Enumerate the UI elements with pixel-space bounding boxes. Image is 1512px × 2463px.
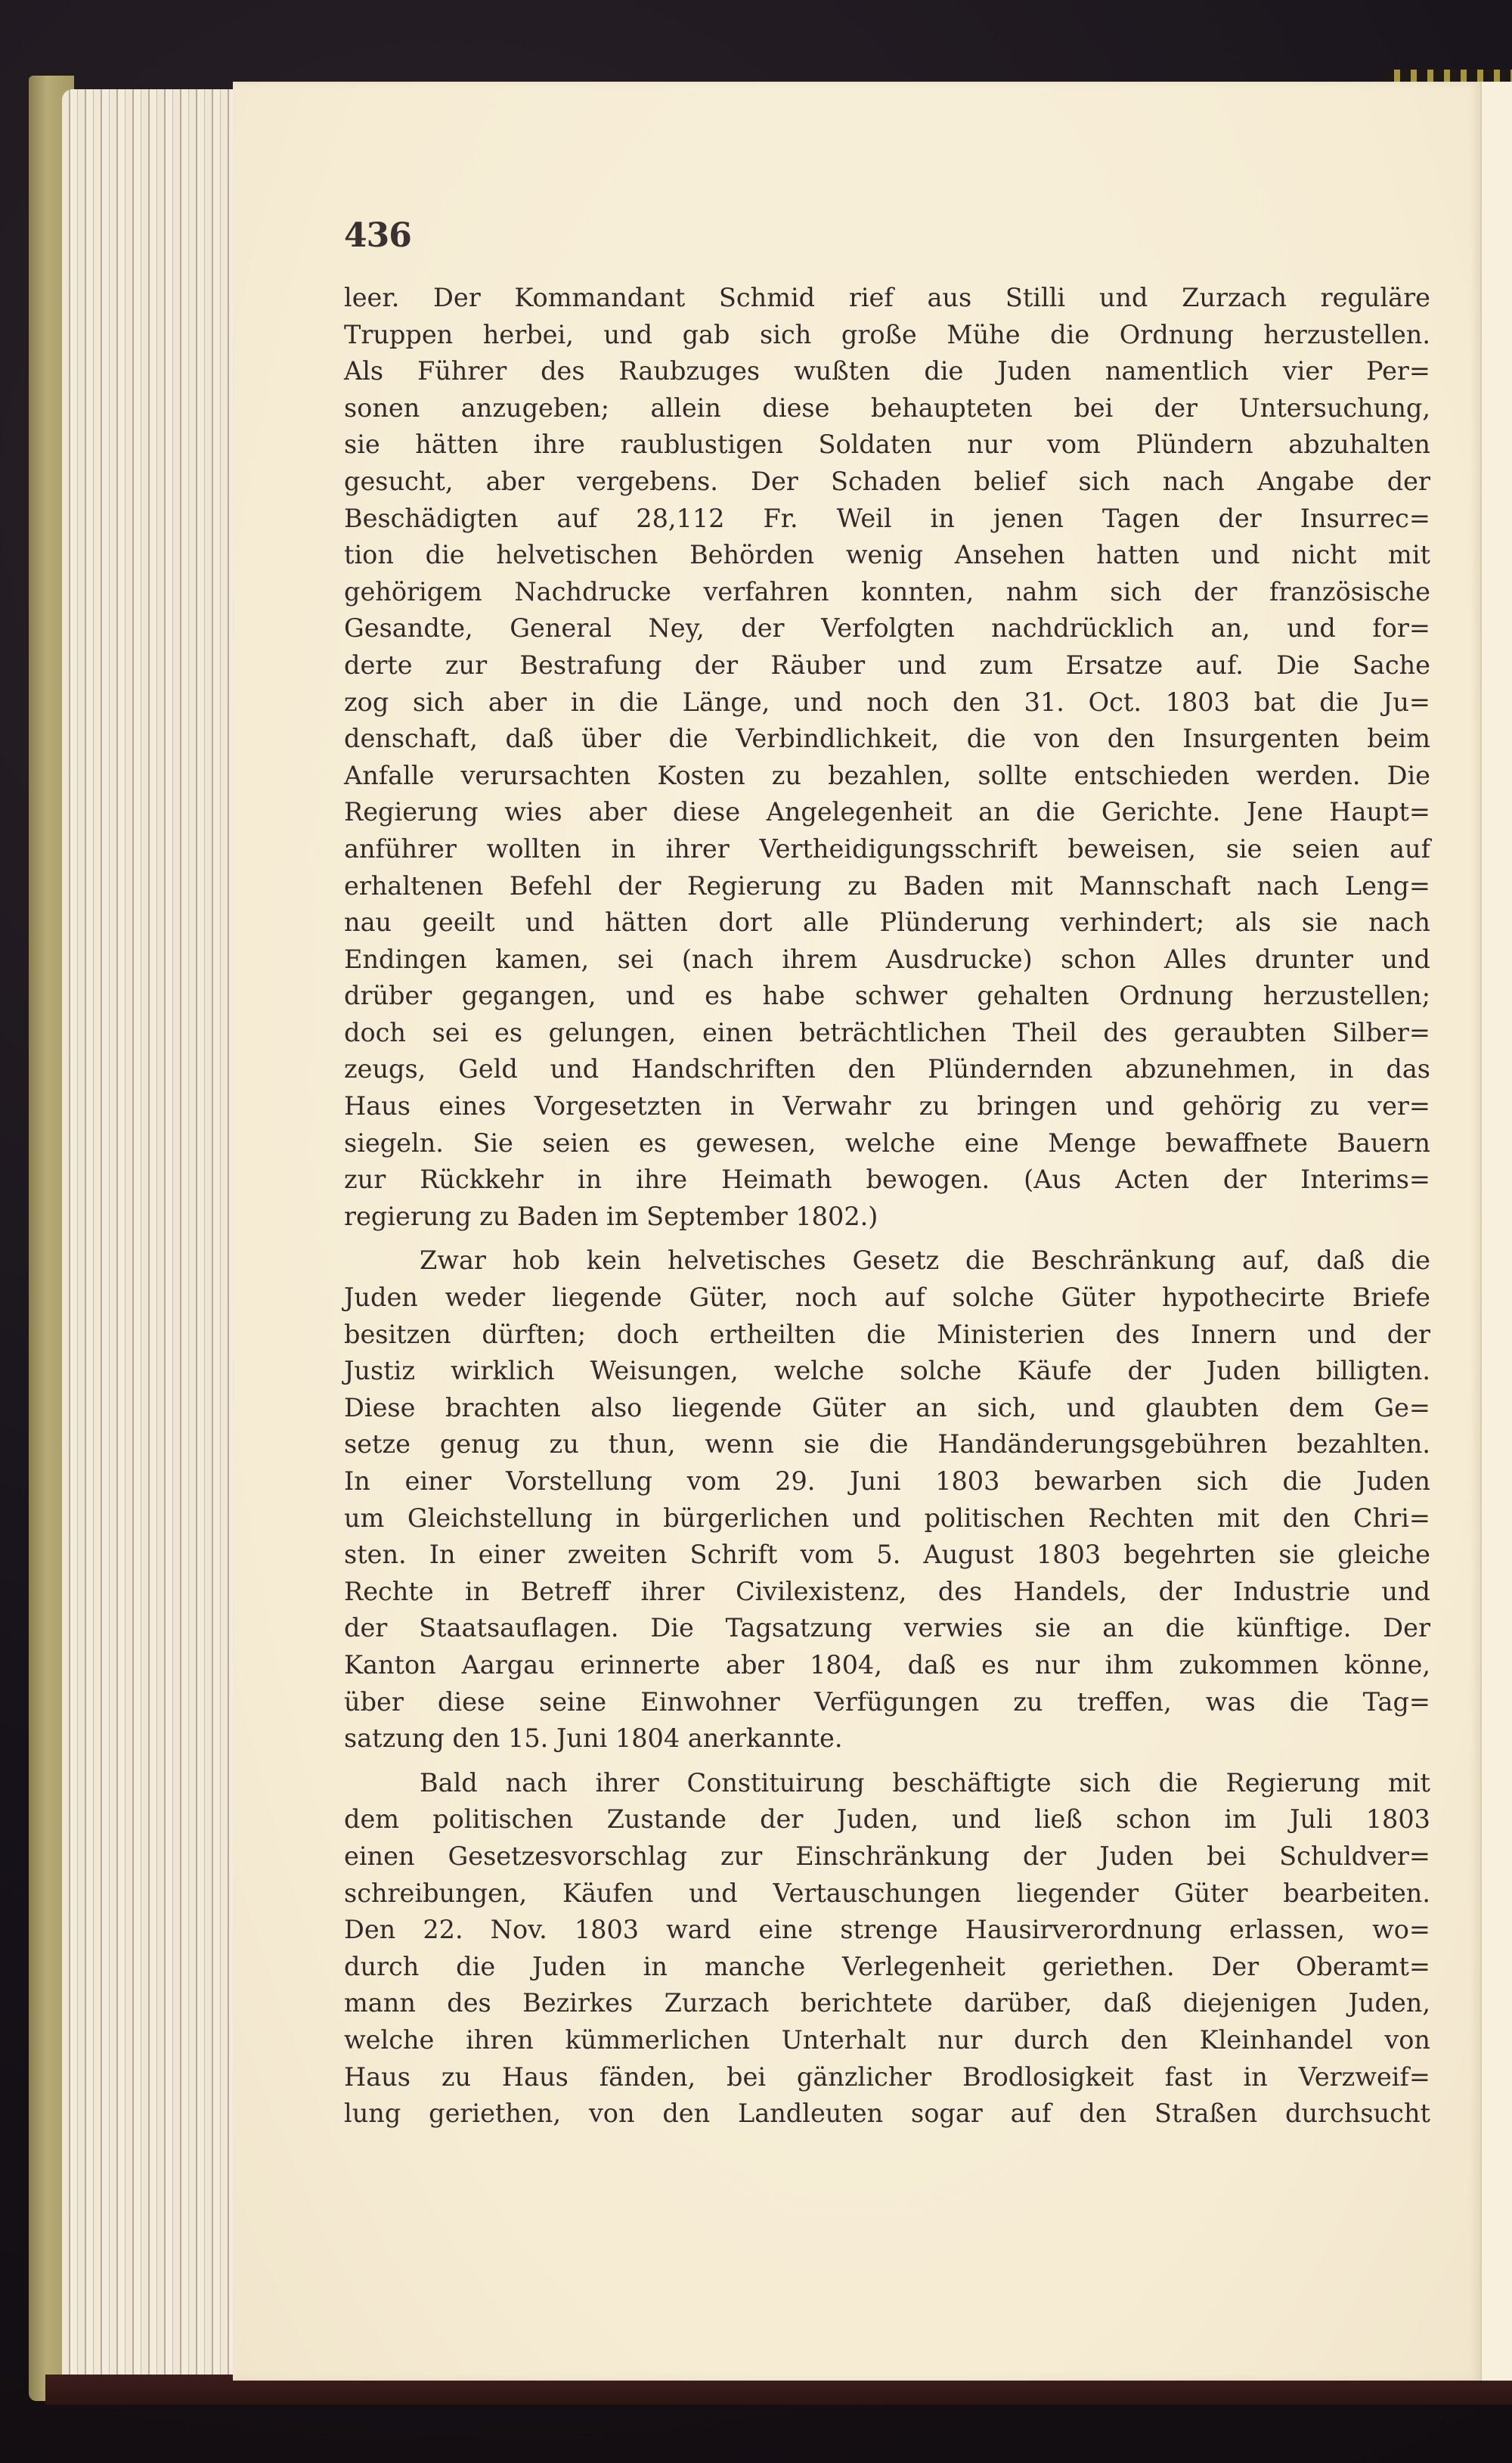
text-line: derte zur Bestrafung der Räuber und zum … — [344, 647, 1430, 684]
text-line: schreibungen, Käufen und Vertauschungen … — [344, 1875, 1430, 1912]
page-stack-edges — [62, 89, 236, 2381]
text-line: Juden weder liegende Güter, noch auf sol… — [344, 1280, 1430, 1317]
text-line: erhaltenen Befehl der Regierung zu Baden… — [344, 868, 1430, 905]
text-line: drüber gegangen, und es habe schwer geha… — [344, 978, 1430, 1015]
text-line: besitzen dürften; doch ertheilten die Mi… — [344, 1317, 1430, 1354]
text-line: zur Rückkehr in ihre Heimath bewogen. (A… — [344, 1162, 1430, 1199]
text-line: zeugs, Geld und Handschriften den Plünde… — [344, 1051, 1430, 1088]
text-line: Haus eines Vorgesetzten in Verwahr zu br… — [344, 1088, 1430, 1125]
text-line: satzung den 15. Juni 1804 anerkannte. — [344, 1720, 1430, 1757]
text-line: dem politischen Zustande der Juden, und … — [344, 1801, 1430, 1838]
text-line: Truppen herbei, und gab sich große Mühe … — [344, 317, 1430, 354]
page-body-text: leer. Der Kommandant Schmid rief aus Sti… — [344, 280, 1430, 2140]
facing-page-edge — [1480, 82, 1512, 2381]
text-line: regierung zu Baden im September 1802.) — [344, 1199, 1430, 1236]
text-line: Als Führer des Raubzuges wußten die Jude… — [344, 353, 1430, 390]
text-line: sie hätten ihre raublustigen Soldaten nu… — [344, 427, 1430, 464]
text-line: Den 22. Nov. 1803 ward eine strenge Haus… — [344, 1912, 1430, 1949]
text-line: zog sich aber in die Länge, und noch den… — [344, 684, 1430, 721]
text-line: Kanton Aargau erinnerte aber 1804, daß e… — [344, 1647, 1430, 1684]
text-line: um Gleichstellung in bürgerlichen und po… — [344, 1500, 1430, 1537]
text-line: tion die helvetischen Behörden wenig Ans… — [344, 537, 1430, 574]
text-line: Gesandte, General Ney, der Verfolgten na… — [344, 610, 1430, 647]
text-line: denschaft, daß über die Verbindlichkeit,… — [344, 721, 1430, 758]
text-line: welche ihren kümmerlichen Unterhalt nur … — [344, 2022, 1430, 2059]
text-line: Regierung wies aber diese Angelegenheit … — [344, 794, 1430, 831]
text-line: Endingen kamen, sei (nach ihrem Ausdruck… — [344, 941, 1430, 979]
paragraph-3: Bald nach ihrer Constituirung beschäftig… — [344, 1765, 1430, 2133]
text-line: Diese brachten also liegende Güter an si… — [344, 1390, 1430, 1427]
text-line: gesucht, aber vergebens. Der Schaden bel… — [344, 464, 1430, 501]
text-line: Anfalle verursachten Kosten zu bezahlen,… — [344, 758, 1430, 795]
text-line: gehörigem Nachdrucke verfahren konnten, … — [344, 574, 1430, 611]
text-line: Zwar hob kein helvetisches Gesetz die Be… — [344, 1242, 1430, 1280]
paragraph-2: Zwar hob kein helvetisches Gesetz die Be… — [344, 1242, 1430, 1757]
text-line: Justiz wirklich Weisungen, welche solche… — [344, 1353, 1430, 1390]
text-line: In einer Vorstellung vom 29. Juni 1803 b… — [344, 1463, 1430, 1500]
text-line: siegeln. Sie seien es gewesen, welche ei… — [344, 1125, 1430, 1162]
text-line: Haus zu Haus fänden, bei gänzlicher Brod… — [344, 2059, 1430, 2096]
text-line: einen Gesetzesvorschlag zur Einschränkun… — [344, 1838, 1430, 1875]
text-line: über diese seine Einwohner Verfügungen z… — [344, 1684, 1430, 1721]
text-line: nau geeilt und hätten dort alle Plünderu… — [344, 904, 1430, 941]
text-line: setze genug zu thun, wenn sie die Handän… — [344, 1426, 1430, 1463]
text-line: lung geriethen, von den Landleuten sogar… — [344, 2095, 1430, 2133]
text-line: anführer wollten in ihrer Vertheidigungs… — [344, 831, 1430, 868]
text-line: doch sei es gelungen, einen beträchtlich… — [344, 1015, 1430, 1052]
text-line: sten. In einer zweiten Schrift vom 5. Au… — [344, 1537, 1430, 1574]
paragraph-1: leer. Der Kommandant Schmid rief aus Sti… — [344, 280, 1430, 1235]
page-number: 436 — [344, 216, 411, 255]
text-line: Rechte in Betreff ihrer Civilexistenz, d… — [344, 1574, 1430, 1611]
text-line: der Staatsauflagen. Die Tagsatzung verwi… — [344, 1610, 1430, 1647]
text-line: sonen anzugeben; allein diese behauptete… — [344, 390, 1430, 427]
text-line: durch die Juden in manche Verlegenheit g… — [344, 1949, 1430, 1986]
text-line: Bald nach ihrer Constituirung beschäftig… — [344, 1765, 1430, 1802]
text-line: Beschädigten auf 28,112 Fr. Weil in jene… — [344, 501, 1430, 538]
text-line: leer. Der Kommandant Schmid rief aus Sti… — [344, 280, 1430, 317]
text-line: mann des Bezirkes Zurzach berichtete dar… — [344, 1985, 1430, 2022]
